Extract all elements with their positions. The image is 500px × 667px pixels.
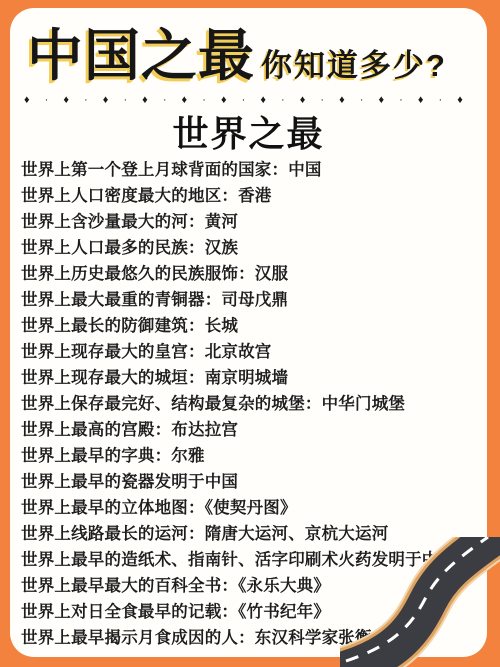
fact-item: 世界上最早的造纸术、指南针、活字印刷术火药发明于中国 <box>21 547 483 573</box>
fact-item: 世界上现存最大的皇宫：北京故宫 <box>21 339 483 365</box>
fact-item: 世界上最早最大的百科全书：《永乐大典》 <box>21 573 483 599</box>
header: 中国之最 你知道多少? <box>27 22 479 84</box>
fact-item: 世界上最高的宫殿：布达拉宫 <box>21 417 483 443</box>
fact-item: 世界上最大最重的青铜器：司母戊鼎 <box>21 287 483 313</box>
content-card: 中国之最 你知道多少? ♦ · ♦ · ♦ · ♦ · ♦ · ♦ · ♦ · … <box>10 8 487 657</box>
fact-item: 世界上最早的字典：尔雅 <box>21 443 483 469</box>
fact-item: 世界上保存最完好、结构最复杂的城堡：中华门城堡 <box>21 391 483 417</box>
main-title: 中国之最 <box>27 28 255 84</box>
fact-item: 世界上对日全食最早的记载：《竹书纪年》 <box>21 599 483 625</box>
section-heading: 世界之最 <box>10 106 487 157</box>
fact-item: 世界上人口密度最大的地区：香港 <box>21 183 483 209</box>
fact-item: 世界上人口最多的民族：汉族 <box>21 235 483 261</box>
fact-item: 世界上第一个登上月球背面的国家：中国 <box>21 157 483 183</box>
fact-item: 世界上最早的立体地图：《使契丹图》 <box>21 495 483 521</box>
fact-item: 世界上现存最大的城垣：南京明城墙 <box>21 365 483 391</box>
fact-item: 世界上含沙量最大的河：黄河 <box>21 209 483 235</box>
fact-item: 世界上最长的防御建筑：长城 <box>21 313 483 339</box>
facts-list: 世界上第一个登上月球背面的国家：中国 世界上人口密度最大的地区：香港 世界上含沙… <box>21 157 483 651</box>
fact-item: 世界上历史最悠久的民族服饰：汉服 <box>21 261 483 287</box>
poster-page: 中国之最 你知道多少? ♦ · ♦ · ♦ · ♦ · ♦ · ♦ · ♦ · … <box>0 0 500 667</box>
fact-item: 世界上最早的瓷器发明于中国 <box>21 469 483 495</box>
fact-item: 世界上线路最长的运河：隋唐大运河、京杭大运河 <box>21 521 483 547</box>
fact-item: 世界上最早揭示月食成因的人：东汉科学家张衡 <box>21 625 483 651</box>
subtitle: 你知道多少? <box>261 50 447 84</box>
